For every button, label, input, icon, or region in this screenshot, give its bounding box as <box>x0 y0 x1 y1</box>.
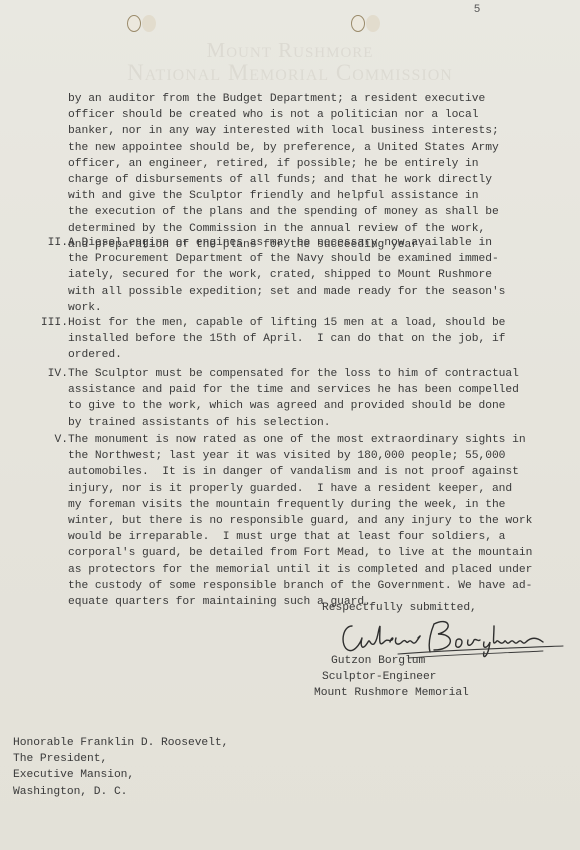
text-line: with and give the Sculptor friendly and … <box>68 188 478 204</box>
text-line: charge of disbursements of all funds; an… <box>68 172 492 188</box>
addressee-line: Honorable Franklin D. Roosevelt, <box>13 735 228 751</box>
text-line: the new appointee should be, by preferen… <box>68 140 499 156</box>
text-line: The monument is now rated as one of the … <box>68 432 526 448</box>
punch-hole-shadow <box>142 15 156 32</box>
punch-hole <box>127 15 141 32</box>
text-line: with all possible expedition; set and ma… <box>68 284 505 300</box>
text-line: my foreman visits the mountain frequentl… <box>68 497 505 513</box>
text-line: officer, an engineer, retired, if possib… <box>68 156 478 172</box>
item-numeral: IV. <box>8 366 68 382</box>
item-numeral: II. <box>8 235 68 251</box>
text-line: assistance and paid for the time and ser… <box>68 382 519 398</box>
text-line: as protectors for the memorial until it … <box>68 562 532 578</box>
item-numeral: III. <box>8 315 68 331</box>
document-page: 5 Mount Rushmore National Memorial Commi… <box>0 0 580 850</box>
signatory-name: Gutzon Borglum <box>331 653 425 669</box>
text-line: to give to the work, which was agreed an… <box>68 398 505 414</box>
letterhead-line-2: National Memorial Commission <box>0 60 580 86</box>
text-line: would be irreparable. I must urge that a… <box>68 529 505 545</box>
punch-hole-shadow <box>366 15 380 32</box>
text-line: automobiles. It is in danger of vandalis… <box>68 464 519 480</box>
text-line: by trained assistants of his selection. <box>68 415 330 431</box>
text-line: iately, secured for the work, crated, sh… <box>68 267 492 283</box>
addressee-line: Executive Mansion, <box>13 767 134 783</box>
page-number: 5 <box>474 3 480 15</box>
text-line: installed before the 15th of April. I ca… <box>68 331 505 347</box>
text-line: the custody of some responsible branch o… <box>68 578 532 594</box>
signatory-title: Sculptor-Engineer <box>322 669 436 685</box>
item-numeral: V. <box>8 432 68 448</box>
punch-hole <box>351 15 365 32</box>
text-line: banker, nor in any way interested with l… <box>68 123 499 139</box>
text-line: A Diesel engine or engines as may be nec… <box>68 235 492 251</box>
text-line: by an auditor from the Budget Department… <box>68 91 485 107</box>
text-line: the Procurement Department of the Navy s… <box>68 251 499 267</box>
text-line: work. <box>68 300 102 316</box>
addressee-line: Washington, D. C. <box>13 784 127 800</box>
text-line: The Sculptor must be compensated for the… <box>68 366 519 382</box>
text-line: winter, but there is no responsible guar… <box>68 513 532 529</box>
text-line: the execution of the plans and the spend… <box>68 204 499 220</box>
text-line: corporal's guard, be detailed from Fort … <box>68 545 532 561</box>
text-line: ordered. <box>68 347 122 363</box>
text-line: the Northwest; last year it was visited … <box>68 448 505 464</box>
signatory-organization: Mount Rushmore Memorial <box>314 685 469 701</box>
text-line: injury, nor is it properly guarded. I ha… <box>68 481 512 497</box>
text-line: Hoist for the men, capable of lifting 15… <box>68 315 505 331</box>
addressee-line: The President, <box>13 751 107 767</box>
text-line: officer should be created who is not a p… <box>68 107 478 123</box>
